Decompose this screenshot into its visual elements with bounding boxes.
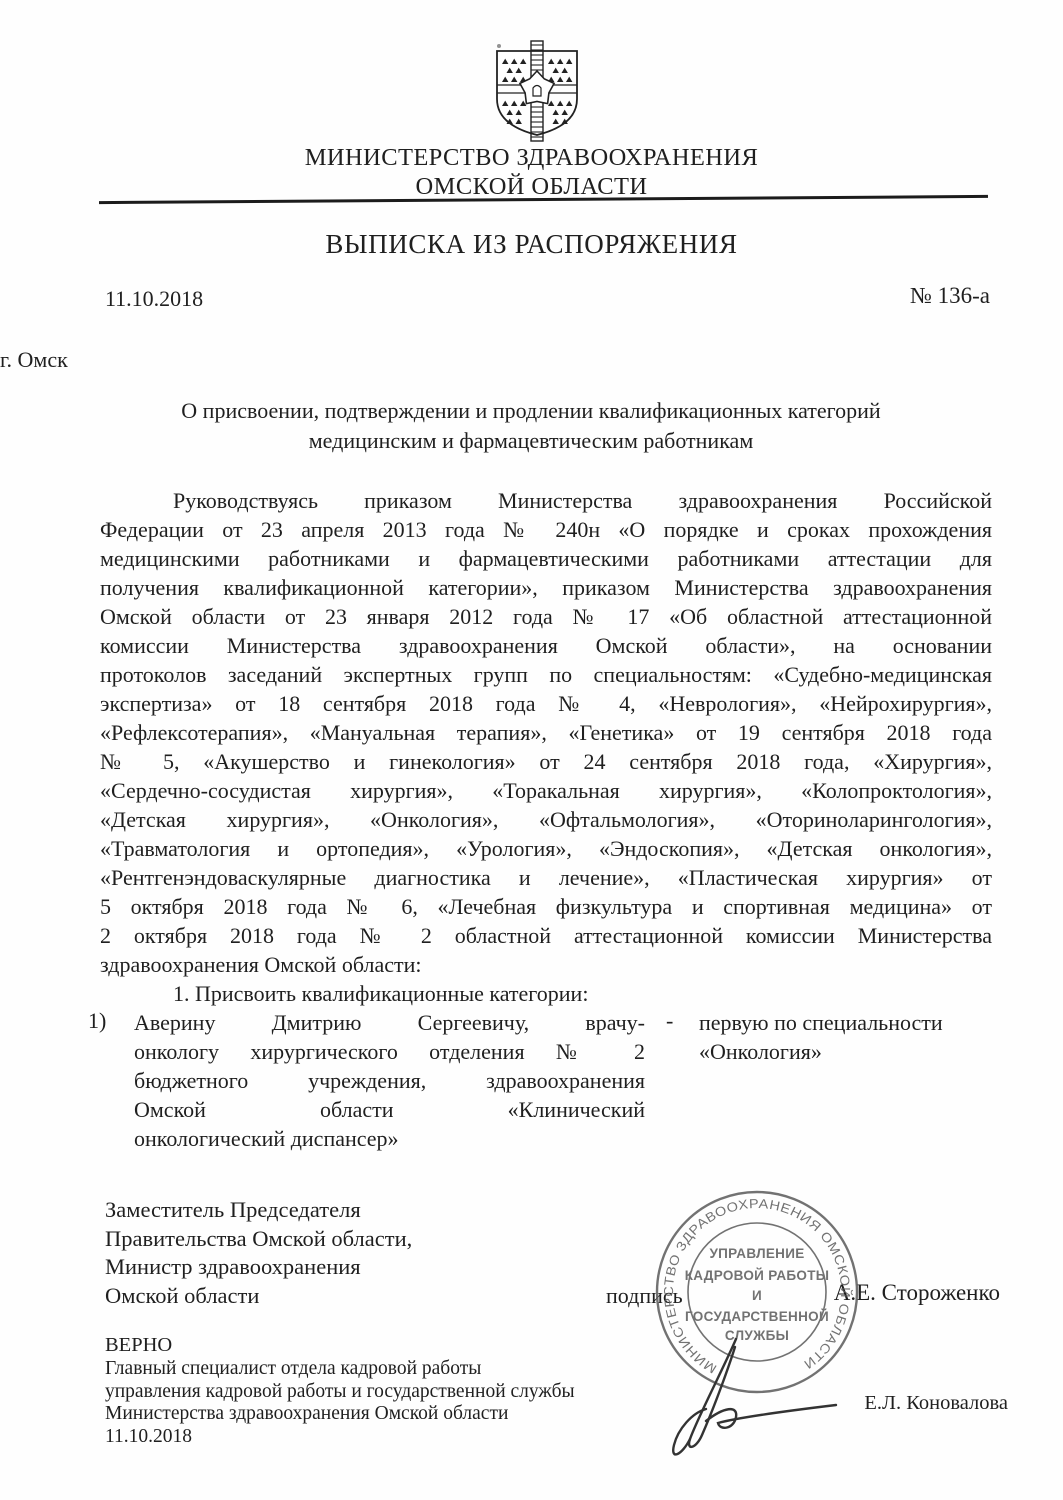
list-item-line: Омской области «Клинический [134,1095,645,1124]
list-item-line: онкологу хирургического отделения № 2 [134,1037,645,1066]
list-item-line: онкологический диспансер» [134,1124,645,1153]
document-type-title: ВЫПИСКА ИЗ РАСПОРЯЖЕНИЯ [0,229,1063,260]
body-line: «Рентгенэндоваскулярные диагностика и ле… [100,863,992,892]
document-city: г. Омск [0,347,1063,373]
body-line: 5 октября 2018 года № 6, «Лечебная физку… [100,892,992,921]
ministry-name-line1: МИНИСТЕРСТВО ЗДРАВООХРАНЕНИЯ [0,143,1063,172]
subject-line: медицинским и фармацевтическим работника… [86,426,976,456]
stamp-center-line: ГОСУДАРСТВЕННОЙ [685,1309,829,1324]
body-line: Руководствуясь приказом Министерства здр… [100,486,992,515]
signer-position-block: Заместитель Председателя Правительства О… [105,1196,412,1310]
ministry-heading: МИНИСТЕРСТВО ЗДРАВООХРАНЕНИЯ ОМСКОЙ ОБЛА… [0,143,1063,201]
body-line: «Травматология и ортопедия», «Урология»,… [100,834,992,863]
body-line: № 5, «Акушерство и гинекология» от 24 се… [100,747,992,776]
document-subject: О присвоении, подтверждении и продлении … [86,396,976,455]
list-item-recipient: Аверину Дмитрию Сергеевичу, врачу- онкол… [134,1008,645,1153]
signer-position-line: Правительства Омской области, [105,1225,412,1254]
body-line: экспертиза» от 18 сентября 2018 года № 4… [100,689,992,718]
official-round-stamp: МИНИСТЕРСТВО ЗДРАВООХРАНЕНИЯ ОМСКОЙ ОБЛА… [640,1177,880,1467]
stamp-center-line: И [752,1288,762,1303]
document-number: № 136-а [910,283,990,309]
signer-position-line: Министр здравоохранения [105,1253,412,1282]
body-line: получения квалификационной категории», п… [100,573,992,602]
list-item-line: Аверину Дмитрию Сергеевичу, врачу- [134,1008,645,1037]
document-date: 11.10.2018 [105,286,203,312]
stamp-center-line: УПРАВЛЕНИЕ [709,1246,804,1261]
category-line: «Онкология» [699,1037,989,1066]
body-line: медицинскими работниками и фармацевтичес… [100,544,992,573]
verno-label: ВЕРНО [105,1334,172,1357]
emblem-star-fortress [520,71,554,104]
body-line: здравоохранения Омской области: [100,950,992,979]
body-line: «Рефлексотерапия», «Мануальная терапия»,… [100,718,992,747]
omsk-oblast-coat-of-arms-icon [491,39,583,143]
certifier-name: Е.Л. Коновалова [864,1392,1008,1415]
certifier-position-block: Главный специалист отдела кадровой работ… [105,1358,575,1448]
body-line: Федерации от 23 апреля 2013 года № 240н … [100,515,992,544]
certifier-line: управления кадровой работы и государстве… [105,1381,575,1404]
signer-position-line: Омской области [105,1282,412,1311]
certifier-line: Министерства здравоохранения Омской обла… [105,1403,575,1426]
list-item-dash: - [666,1008,673,1034]
stamp-center-line: КАДРОВОЙ РАБОТЫ [685,1268,830,1283]
certifier-line: Главный специалист отдела кадровой работ… [105,1358,575,1381]
list-item-marker: 1) [88,1008,106,1034]
list-item-line: бюджетного учреждения, здравоохранения [134,1066,645,1095]
body-line: 1. Присвоить квалификационные категории: [100,979,992,1008]
category-line: первую по специальности [699,1008,989,1037]
body-line: комиссии Министерства здравоохранения Ом… [100,631,992,660]
subject-line: О присвоении, подтверждении и продлении … [86,396,976,426]
body-paragraph: Руководствуясь приказом Министерства здр… [100,486,992,1008]
body-line: «Детская хирургия», «Онкология», «Офталь… [100,805,992,834]
body-line: «Сердечно-сосудистая хирургия», «Торакал… [100,776,992,805]
signer-position-line: Заместитель Председателя [105,1196,412,1225]
body-line: 2 октября 2018 года № 2 областной аттест… [100,921,992,950]
list-item-category: первую по специальности «Онкология» [699,1008,989,1066]
document-page: МИНИСТЕРСТВО ЗДРАВООХРАНЕНИЯ ОМСКОЙ ОБЛА… [0,0,1063,1500]
body-line: протоколов заседаний экспертных групп по… [100,660,992,689]
body-line: Омской области от 23 января 2012 года № … [100,602,992,631]
scan-artifact-dot [497,44,501,48]
certifier-line: 11.10.2018 [105,1426,575,1449]
